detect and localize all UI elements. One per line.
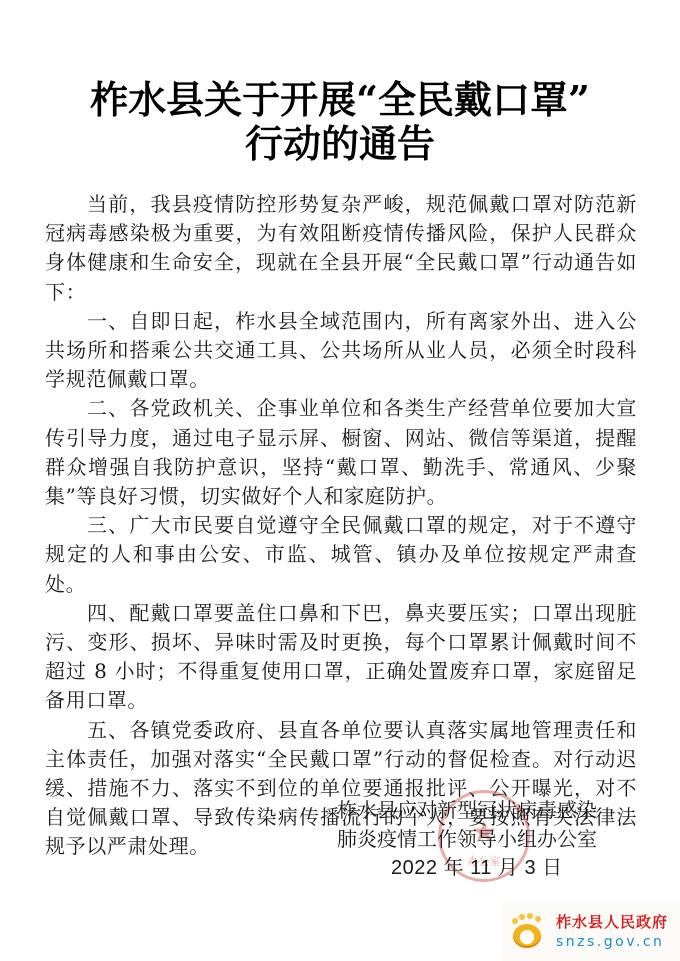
watermark-site-url: snzs.gov.cn: [556, 932, 668, 952]
paragraph-item-4: 四、配戴口罩要盖住口鼻和下巴，鼻夹要压实；口罩出现脏污、变形、损坏、异味时需及时…: [45, 599, 637, 716]
title-line-2: 行动的通告: [0, 122, 680, 166]
title-line-1: 柞水县关于开展“全民戴口罩”: [0, 78, 680, 122]
signature-line-1: 柞水县应对新型冠状病毒感染: [337, 796, 637, 825]
paragraph-item-3: 三、广大市民要自觉遵守全民佩戴口罩的规定，对于不遵守规定的人和事由公安、市监、城…: [45, 511, 637, 599]
signature-line-2: 肺炎疫情工作领导小组办公室: [337, 825, 637, 854]
document-title: 柞水县关于开展“全民戴口罩” 行动的通告: [0, 78, 680, 166]
paragraph-intro: 当前，我县疫情防控形势复杂严峻，规范佩戴口罩对防范新冠病毒感染极为重要，为有效阻…: [45, 190, 637, 307]
watermark-site-name: 柞水县人民政府: [556, 912, 668, 932]
signature-date: 2022 年 11 月 3 日: [337, 854, 637, 883]
signature-block: 柞水县应对新型冠状病毒感染 肺炎疫情工作领导小组办公室 2022 年 11 月 …: [337, 796, 637, 883]
paragraph-item-2: 二、各党政机关、企事业单位和各类生产经营单位要加大宣传引导力度，通过电子显示屏、…: [45, 394, 637, 511]
site-watermark: 柞水县人民政府 snzs.gov.cn: [502, 903, 680, 961]
document-body: 当前，我县疫情防控形势复杂严峻，规范佩戴口罩对防范新冠病毒感染极为重要，为有效阻…: [45, 190, 637, 862]
government-logo-icon: [510, 912, 544, 952]
paragraph-item-1: 一、自即日起，柞水县全域范围内，所有离家外出、进入公共场所和搭乘公共交通工具、公…: [45, 307, 637, 395]
